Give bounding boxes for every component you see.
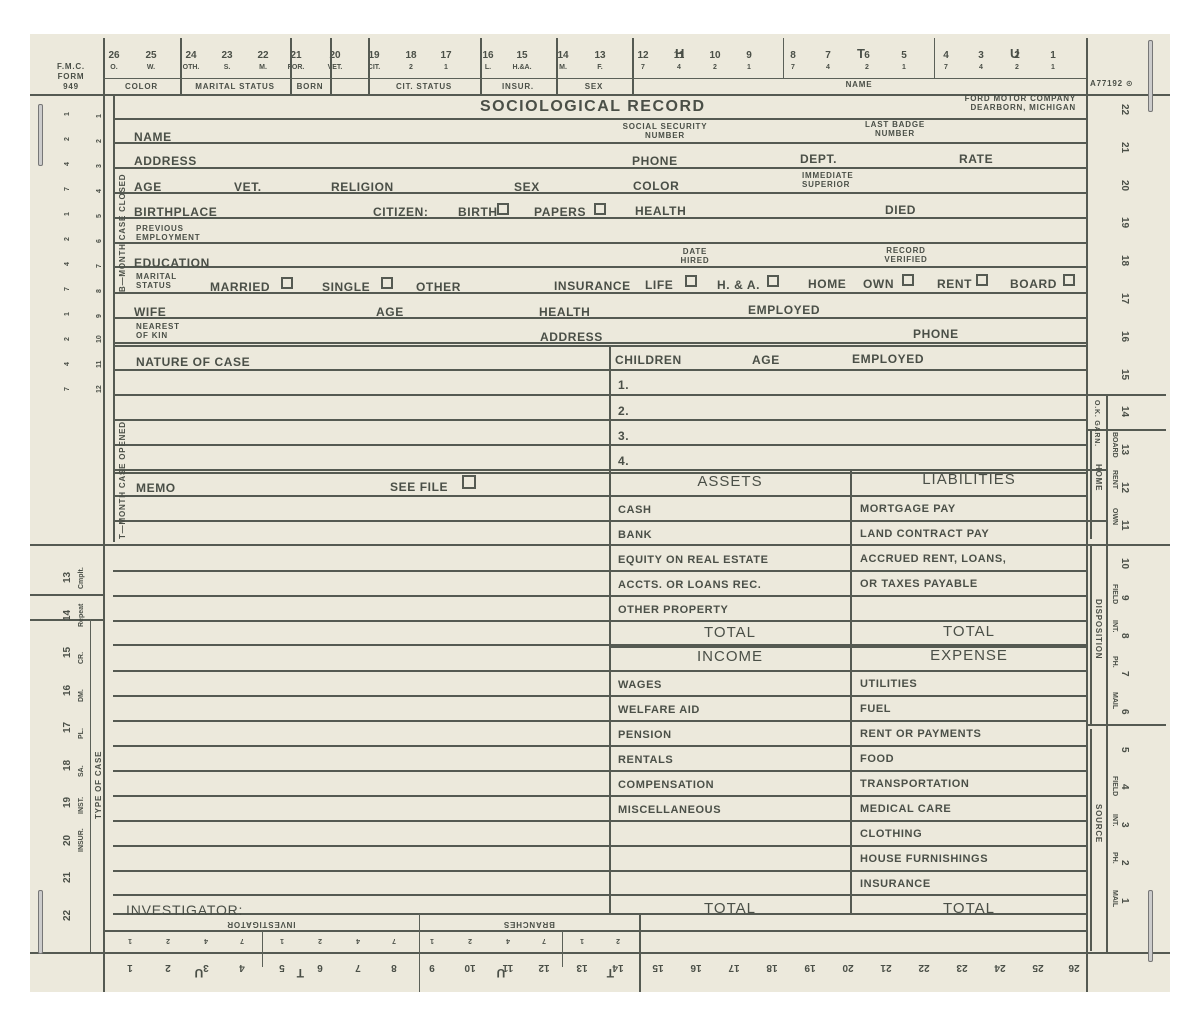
code-sublabel: VET. [320,64,350,71]
left-outer-number: 2 [64,137,71,141]
left-lower-label: CR. [78,652,85,664]
right-number: 11 [1119,520,1130,531]
label-wife-health: HEALTH [539,305,590,319]
company-line: FORD MOTOR COMPANY [936,94,1076,103]
left-lower-label: Cmplt. [78,567,85,589]
staple-top-left [38,104,43,166]
code-number: 17 [431,50,461,61]
bottom-sublabel: 2 [456,937,484,944]
right-number: 21 [1119,142,1130,153]
staple-bottom-left [38,890,43,954]
right-home-sublabel: OWN [1111,508,1118,525]
label-line: LAST BADGE [850,120,940,129]
left-inner-number: 6 [96,239,103,243]
code-number: 16 [473,50,503,61]
checkbox-birth[interactable] [497,203,509,215]
code-number: 19 [359,50,389,61]
right-number: 6 [1119,709,1130,715]
code-sublabel: 4 [813,64,843,71]
liability-item: ACCRUED RENT, LOANS, [860,553,1006,565]
label-disposition: DISPOSITION [1094,599,1103,659]
left-inner-number: 4 [96,189,103,193]
left-inner-number: 12 [96,385,103,393]
label-last-badge: LAST BADGENUMBER [850,120,940,138]
label-ok-garn: O.K. GARN. [1092,400,1100,430]
income-item: WAGES [618,679,662,691]
code-sublabel: 4 [966,64,996,71]
label-b-month-case-closed: B—MONTH CASE CLOSED [118,174,127,292]
label-health: HEALTH [635,204,686,218]
code-number: 14 [548,50,578,61]
label-immediate-superior: IMMEDIATESUPERIOR [802,171,854,189]
label-birth: BIRTH [458,205,498,219]
checkbox-own[interactable] [902,274,914,286]
right-home-sublabel: BOARD [1111,432,1118,458]
label-wife: WIFE [134,305,166,319]
right-source-sublabel: PH. [1111,852,1118,864]
right-number: 7 [1119,671,1130,677]
left-inner-number: 9 [96,314,103,318]
left-outer-number: 4 [64,362,71,366]
checkbox-papers[interactable] [594,203,606,215]
child-row-3: 3. [618,429,629,443]
group-label-sex: SEX [556,82,632,91]
code-sublabel: 2 [852,64,882,71]
code-number: 9 [734,50,764,61]
left-lower-number: 14 [62,609,73,620]
income-item: WELFARE AID [618,704,700,716]
left-inner-number: 3 [96,164,103,168]
code-number: 20 [320,50,350,61]
code-sublabel: 1 [889,64,919,71]
expense-item: CLOTHING [860,828,922,840]
right-source-sublabel: FIELD [1111,776,1118,796]
label-line: HIRED [670,256,720,265]
group-label-marital: MARITAL STATUS [180,82,290,91]
left-lower-label: DM. [78,689,85,702]
left-inner-number: 10 [96,335,103,343]
label-married: MARRIED [210,280,270,294]
code-sublabel: 2 [700,64,730,71]
label-other: OTHER [416,280,461,294]
left-outer-number: 4 [64,262,71,266]
bottom-sublabel: 1 [268,937,296,944]
bottom-sublabel: 1 [418,937,446,944]
expense-item: UTILITIES [860,678,917,690]
serial-number: A77192 ⊙ [1090,79,1133,88]
liability-item: MORTGAGE PAY [860,503,956,515]
bottom-number: 16 [682,962,710,973]
right-number: 22 [1119,104,1130,115]
label-name: NAME [134,130,172,144]
bottom-number: 12 [530,962,558,973]
bottom-sublabel: 2 [306,937,334,944]
bottom-letter: U [496,966,505,980]
label-sex: SEX [514,180,540,194]
asset-item: BANK [618,529,652,541]
bottom-number: 10 [456,962,484,973]
code-number: 1 [1038,50,1068,61]
label-children-age: AGE [752,353,780,367]
staple-bottom-right [1148,890,1153,962]
left-lower-number: 15 [62,647,73,658]
right-number: 19 [1119,217,1130,228]
label-age: AGE [134,180,162,194]
right-disposition-sublabel: FIELD [1111,584,1118,604]
label-color: COLOR [633,179,679,193]
left-lower-number: 13 [62,572,73,583]
bottom-letter: T [296,966,304,980]
label-insurance: INSURANCE [554,279,631,293]
form-id: F.M.C. FORM 949 [46,62,96,92]
left-lower-label: PL. [78,728,85,739]
nature-of-case-field[interactable] [116,372,606,467]
bottom-number: 17 [720,962,748,973]
left-outer-number: 7 [64,187,71,191]
checkbox-life[interactable] [685,275,697,287]
right-number: 13 [1119,444,1130,455]
label-kin-phone: PHONE [913,327,959,341]
label-line: OF KIN [136,331,180,340]
liabilities-total-label: TOTAL [852,623,1086,640]
sociological-record-card: F.M.C. FORM 949 26O.25W.24OTH.23S.22M.21… [30,34,1170,992]
left-inner-number: 8 [96,289,103,293]
label-line: PREVIOUS [136,224,200,233]
left-lower-label: INSUR. [78,828,85,852]
child-row-4: 4. [618,454,629,468]
code-number: 23 [212,50,242,61]
left-inner-number: 5 [96,214,103,218]
bottom-number: 8 [380,962,408,973]
bottom-letter: T [606,966,614,980]
label-line: NEAREST [136,322,180,331]
code-sublabel: M. [248,64,278,71]
label-line: IMMEDIATE [802,171,854,180]
bottom-number: 25 [1024,962,1052,973]
bottom-number: 1 [116,962,144,973]
checkbox-h-and-a[interactable] [767,275,779,287]
label-type-of-case: TYPE OF CASE [94,751,103,819]
letter-h: H [675,46,685,61]
label-memo: MEMO [136,481,176,495]
label-religion: RELIGION [331,180,394,194]
left-lower-number: 16 [62,684,73,695]
label-source: SOURCE [1094,804,1103,843]
code-sublabel: W. [136,64,166,71]
label-see-file: SEE FILE [390,480,448,494]
bottom-number: 7 [344,962,372,973]
code-sublabel: CIT. [359,64,389,71]
left-inner-number: 1 [96,114,103,118]
assets-title: ASSETS [610,473,850,490]
right-number: 9 [1119,595,1130,601]
bottom-number: 21 [872,962,900,973]
right-source-sublabel: MAIL [1111,890,1118,907]
liability-item: OR TAXES PAYABLE [860,578,978,590]
bottom-sublabel: 2 [604,937,632,944]
checkbox-board[interactable] [1063,274,1075,286]
checkbox-married[interactable] [281,277,293,289]
label-line: RECORD [876,246,936,255]
left-lower-number: 19 [62,797,73,808]
label-nearest-of-kin: NEARESTOF KIN [136,322,180,340]
label-line: DATE [670,247,720,256]
left-outer-number: 2 [64,237,71,241]
left-lower-number: 17 [62,722,73,733]
group-label-color: COLOR [103,82,180,91]
investigator-field[interactable] [246,898,606,918]
code-number: 4 [931,50,961,61]
income-title: INCOME [610,648,850,665]
bottom-number: 5 [268,962,296,973]
staple-top-right [1148,40,1153,112]
expense-item: INSURANCE [860,878,931,890]
label-address: ADDRESS [134,154,197,168]
right-number: 15 [1119,369,1130,380]
right-disposition-sublabel: PH. [1111,656,1118,668]
checkbox-see-file[interactable] [462,475,476,489]
code-number: 3 [966,50,996,61]
code-sublabel: 2 [1002,64,1032,71]
bottom-sublabel: 7 [228,937,256,944]
label-line: NUMBER [850,129,940,138]
income-item: COMPENSATION [618,779,714,791]
code-sublabel: S. [212,64,242,71]
label-died: DIED [885,203,916,217]
label-home-strip: HOME [1094,464,1103,491]
income-item: RENTALS [618,754,673,766]
income-item: PENSION [618,729,672,741]
child-row-1: 1. [618,378,629,392]
label-line: STATUS [136,281,177,290]
letter-u: U [1010,46,1020,61]
label-birthplace: BIRTHPLACE [134,205,217,219]
previous-employment-field[interactable] [220,220,1080,240]
label-kin-address: ADDRESS [540,330,603,344]
left-outer-number: 1 [64,112,71,116]
bottom-sublabel: 1 [568,937,596,944]
bottom-sublabel: 7 [530,937,558,944]
asset-item: EQUITY ON REAL ESTATE [618,554,769,566]
right-number: 18 [1119,255,1130,266]
code-number: 13 [585,50,615,61]
left-lower-number: 21 [62,872,73,883]
code-number: 18 [396,50,426,61]
right-home-sublabel: RENT [1111,470,1118,489]
expense-total-label: TOTAL [852,900,1086,917]
label-previous-employment: PREVIOUSEMPLOYMENT [136,224,200,242]
label-dept: DEPT. [800,152,837,166]
label-line: NUMBER [610,131,720,140]
right-number: 1 [1119,898,1130,904]
serial-text: A77192 [1090,79,1123,88]
form-title: SOCIOLOGICAL RECORD [480,98,706,116]
checkbox-rent[interactable] [976,274,988,286]
left-outer-number: 7 [64,287,71,291]
label-rent: RENT [937,277,972,291]
liabilities-title: LIABILITIES [852,471,1086,488]
right-number: 10 [1119,558,1130,569]
code-sublabel: 2 [396,64,426,71]
form-id-line: 949 [46,82,96,92]
right-number: 16 [1119,331,1130,342]
expense-item: RENT OR PAYMENTS [860,728,981,740]
checkbox-single[interactable] [381,277,393,289]
code-sublabel: 1 [734,64,764,71]
label-marital-status: MARITALSTATUS [136,272,177,290]
bottom-letter: U [194,966,203,980]
group-label-born: BORN [290,82,330,91]
right-source-sublabel: INT. [1111,814,1118,826]
left-inner-number: 7 [96,264,103,268]
label-investigator: INVESTIGATOR: [126,902,243,918]
label-h-and-a: H. & A. [717,278,760,292]
label-line: SUPERIOR [802,180,854,189]
right-disposition-sublabel: INT. [1111,620,1118,632]
code-number: 5 [889,50,919,61]
bottom-number: 24 [986,962,1014,973]
left-lower-label: Repeat [78,603,85,626]
code-sublabel: L. [473,64,503,71]
label-branches-code: BRANCHES [419,920,639,929]
right-number: 8 [1119,633,1130,639]
code-sublabel: FOR. [281,64,311,71]
right-number: 4 [1119,784,1130,790]
label-life: LIFE [645,278,673,292]
left-outer-number: 2 [64,337,71,341]
expense-item: FUEL [860,703,891,715]
bottom-number: 4 [228,962,256,973]
label-home: HOME [808,277,846,291]
bottom-number: 13 [568,962,596,973]
left-inner-number: 11 [96,361,103,368]
left-outer-number: 1 [64,312,71,316]
asset-item: ACCTS. OR LOANS REC. [618,579,761,591]
bottom-number: 6 [306,962,334,973]
bottom-number: 20 [834,962,862,973]
code-sublabel: 4 [664,64,694,71]
code-sublabel: 1 [431,64,461,71]
right-number: 20 [1119,180,1130,191]
liability-item: LAND CONTRACT PAY [860,528,989,540]
expense-item: TRANSPORTATION [860,778,969,790]
asset-item: CASH [618,504,652,516]
bottom-number: 23 [948,962,976,973]
bottom-sublabel: 7 [380,937,408,944]
label-rate: RATE [959,152,993,166]
label-own: OWN [863,277,894,291]
left-lower-label: INST. [78,797,85,814]
label-papers: PAPERS [534,205,586,219]
right-number: 12 [1119,482,1130,493]
expense-title: EXPENSE [852,647,1086,664]
left-outer-number: 1 [64,212,71,216]
assets-total-label: TOTAL [610,624,850,641]
address-field[interactable] [210,146,630,166]
bottom-sublabel: 4 [494,937,522,944]
left-lower-number: 18 [62,759,73,770]
bottom-sublabel: 4 [344,937,372,944]
right-number: 2 [1119,860,1130,866]
label-wife-age: AGE [376,305,404,319]
asset-item: OTHER PROPERTY [618,604,728,616]
code-number: 21 [281,50,311,61]
bottom-number: 15 [644,962,672,973]
label-nature-of-case: NATURE OF CASE [136,355,250,369]
company-name: FORD MOTOR COMPANY DEARBORN, MICHIGAN [936,94,1076,112]
form-id-line: F.M.C. [46,62,96,72]
label-children: CHILDREN [615,353,682,367]
label-ssn: SOCIAL SECURITYNUMBER [610,122,720,140]
left-outer-number: 4 [64,162,71,166]
code-number: 25 [136,50,166,61]
code-number: 15 [507,50,537,61]
bottom-sublabel: 4 [192,937,220,944]
right-number: 5 [1119,747,1130,753]
letter-t: T [857,46,866,61]
label-vet: VET. [234,180,262,194]
company-line: DEARBORN, MICHIGAN [936,103,1076,112]
expense-item: MEDICAL CARE [860,803,951,815]
label-citizen: CITIZEN: [373,205,428,219]
code-sublabel: M. [548,64,578,71]
bottom-sublabel: 1 [116,937,144,944]
code-number: 22 [248,50,278,61]
label-record-verified: RECORDVERIFIED [876,246,936,264]
income-item: MISCELLANEOUS [618,804,721,816]
bottom-sublabel: 2 [154,937,182,944]
label-children-employed: EMPLOYED [852,352,924,366]
label-line: MARITAL [136,272,177,281]
circle-dot-icon: ⊙ [1126,79,1134,88]
label-education: EDUCATION [134,256,210,270]
label-single: SINGLE [322,280,370,294]
bottom-number: 9 [418,962,446,973]
code-number: 7 [813,50,843,61]
child-row-2: 2. [618,404,629,418]
group-label-cit-status: CIT. STATUS [368,82,480,91]
code-sublabel: 1 [1038,64,1068,71]
left-lower-label: SA. [78,765,85,777]
right-number: 14 [1119,406,1130,417]
label-wife-employed: EMPLOYED [748,303,820,317]
label-investigator-code: INVESTIGATOR [103,920,419,929]
left-inner-number: 2 [96,139,103,143]
code-sublabel: F. [585,64,615,71]
group-label-insur: INSUR. [480,82,556,91]
bottom-number: 2 [154,962,182,973]
code-number: 10 [700,50,730,61]
label-line: VERIFIED [876,255,936,264]
bottom-number: 18 [758,962,786,973]
left-outer-number: 7 [64,387,71,391]
label-line: SOCIAL SECURITY [610,122,720,131]
code-sublabel: 7 [931,64,961,71]
label-phone: PHONE [632,154,678,168]
form-id-line: FORM [46,72,96,82]
expense-item: HOUSE FURNISHINGS [860,853,988,865]
label-board: BOARD [1010,277,1057,291]
bottom-number: 19 [796,962,824,973]
code-sublabel: H.&A. [507,64,537,71]
right-number: 17 [1119,293,1130,304]
income-total-label: TOTAL [610,900,850,917]
left-lower-number: 20 [62,834,73,845]
label-date-hired: DATEHIRED [670,247,720,265]
group-label-name: NAME [632,80,1086,89]
name-field[interactable] [210,122,610,142]
label-line: EMPLOYMENT [136,233,200,242]
